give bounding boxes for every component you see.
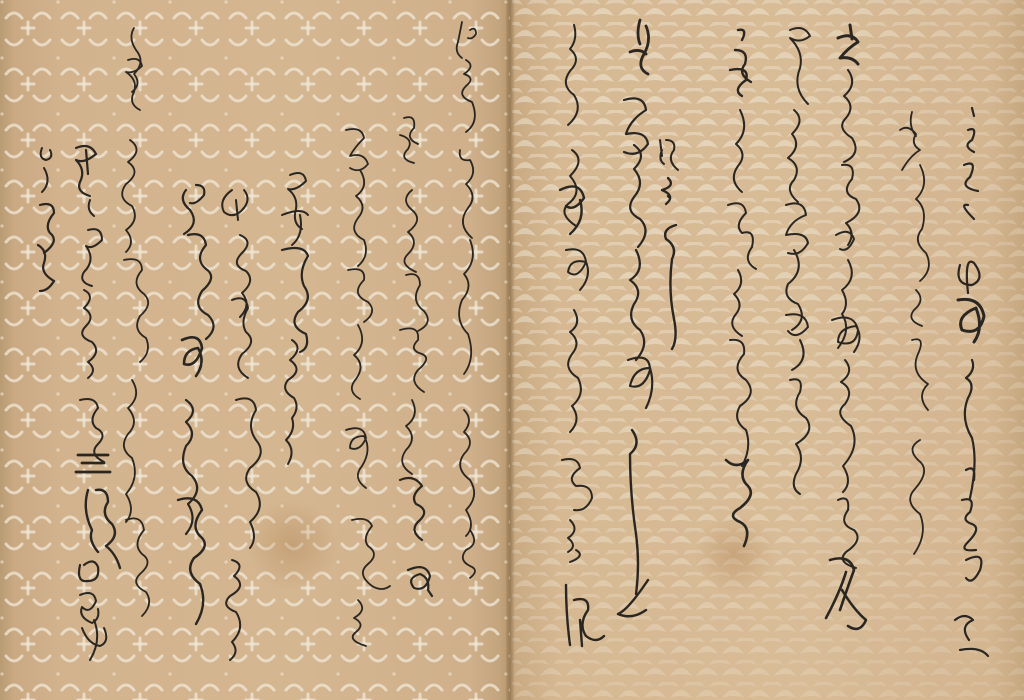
right-page-column-4	[786, 28, 810, 494]
left-page-column-6	[178, 185, 214, 624]
right-page-column-7	[618, 20, 652, 616]
right-page-column-2	[900, 112, 929, 554]
left-page-column-7	[122, 28, 149, 616]
left-page-column-3	[346, 129, 390, 646]
manuscript-spread	[0, 0, 1024, 700]
calligraphy-ink	[0, 0, 1024, 700]
right-page-column-3	[826, 25, 866, 629]
right-page-column-8	[560, 25, 604, 646]
right-page-column-5	[726, 30, 756, 546]
right-page-column-6	[660, 140, 678, 349]
right-page-column-1	[955, 108, 988, 656]
left-page-column-2	[400, 117, 432, 596]
left-page-column-9	[38, 148, 54, 291]
left-page-column-5	[222, 190, 261, 660]
left-page-column-4	[282, 173, 308, 464]
left-page-column-1	[457, 22, 476, 578]
kanji-three	[76, 455, 110, 472]
left-page-column-8	[76, 146, 120, 660]
